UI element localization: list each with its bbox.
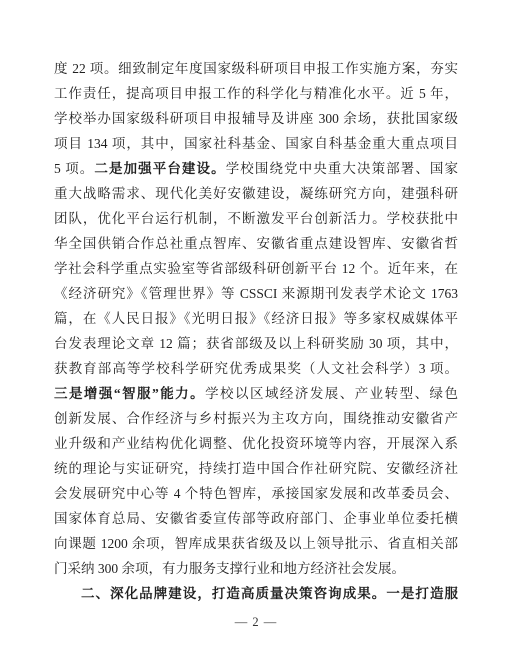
text-segment: 项目 134 项，其中，国家社科基金、国家自科基金重大重点项目	[54, 136, 458, 151]
text-line: 《经济研究》《管理世界》等 CSSCI 来源期刊发表学术论文 1763	[54, 281, 458, 306]
text-segment: 会发展研究中心等 4 个特色智库，承接国家发展和改革委员会、	[54, 486, 458, 501]
page-number-label: — 2 —	[235, 615, 278, 629]
text-segment: 国家体育总局、安徽省委宣传部等政府部门、企事业单位委托横	[54, 511, 458, 526]
text-line: 统的理论与实证研究，持续打造中国合作社研究院、安徽经济社	[54, 456, 458, 481]
text-segment: 学校以区域经济发展、产业转型、绿色	[205, 386, 458, 401]
text-line: 三是增强“智服”能力。学校以区域经济发展、产业转型、绿色	[54, 381, 458, 406]
text-line-section-heading: 二、深化品牌建设，打造高质量决策咨询成果。一是打造服	[54, 581, 458, 606]
text-line: 5 项。二是加强平台建设。学校围绕党中央重大决策部署、国家	[54, 156, 458, 181]
text-segment: 《经济研究》《管理世界》等 CSSCI 来源期刊发表学术论文 1763	[54, 286, 458, 301]
body-text: 度 22 项。细致制定年度国家级科研项目申报工作实施方案，夯实 工作责任，提高项…	[54, 56, 458, 606]
text-line: 会发展研究中心等 4 个特色智库，承接国家发展和改革委员会、	[54, 481, 458, 506]
text-segment: 学社会科学重点实验室等省部级科研创新平台 12 个。近年来，在	[54, 261, 458, 276]
text-line: 学社会科学重点实验室等省部级科研创新平台 12 个。近年来，在	[54, 256, 458, 281]
text-segment: 业升级和产业结构优化调整、优化投资环境等内容，开展深入系	[54, 436, 458, 451]
text-segment: 重大战略需求、现代化美好安徽建设，凝练研究方向，建强科研	[54, 186, 458, 201]
text-line: 重大战略需求、现代化美好安徽建设，凝练研究方向，建强科研	[54, 181, 458, 206]
text-segment: 获教育部高等学校科学研究优秀成果奖（人文社会科学）3 项。	[54, 361, 458, 376]
text-line: 团队，优化平台运行机制，不断激发平台创新活力。学校获批中	[54, 206, 458, 231]
text-line: 门采纳 300 余项，有力服务支撑行业和地方经济社会发展。	[54, 556, 458, 581]
text-line: 国家体育总局、安徽省委宣传部等政府部门、企事业单位委托横	[54, 506, 458, 531]
document-page: 度 22 项。细致制定年度国家级科研项目申报工作实施方案，夯实 工作责任，提高项…	[0, 0, 512, 670]
text-line: 学校举办国家级科研项目申报辅导及讲座 300 余场，获批国家级	[54, 106, 458, 131]
text-line: 向课题 1200 余项，智库成果获省级及以上领导批示、省直相关部	[54, 531, 458, 556]
text-segment: 团队，优化平台运行机制，不断激发平台创新活力。学校获批中	[54, 211, 458, 226]
text-segment: 门采纳 300 余项，有力服务支撑行业和地方经济社会发展。	[54, 561, 405, 576]
text-segment: 工作责任，提高项目申报工作的科学化与精准化水平。近 5 年，	[54, 86, 458, 101]
text-segment-bold: 三是增强“智服”能力。	[54, 386, 205, 401]
text-segment: 华全国供销合作总社重点智库、安徽省重点建设智库、安徽省哲	[54, 236, 458, 251]
text-line: 工作责任，提高项目申报工作的科学化与精准化水平。近 5 年，	[54, 81, 458, 106]
text-segment: 创新发展、合作经济与乡村振兴为主攻方向，围绕推动安徽省产	[54, 411, 458, 426]
text-line: 创新发展、合作经济与乡村振兴为主攻方向，围绕推动安徽省产	[54, 406, 458, 431]
text-segment: 学校围绕党中央重大决策部署、国家	[226, 161, 458, 176]
text-segment-bold: 二、深化品牌建设，打造高质量决策咨询成果。一是打造服	[81, 586, 458, 601]
text-segment: 篇，在《人民日报》《光明日报》《经济日报》等多家权威媒体平	[54, 311, 458, 326]
text-segment: 统的理论与实证研究，持续打造中国合作社研究院、安徽经济社	[54, 461, 458, 476]
text-line: 篇，在《人民日报》《光明日报》《经济日报》等多家权威媒体平	[54, 306, 458, 331]
text-segment: 5 项。	[54, 161, 94, 176]
text-line: 度 22 项。细致制定年度国家级科研项目申报工作实施方案，夯实	[54, 56, 458, 81]
text-segment: 学校举办国家级科研项目申报辅导及讲座 300 余场，获批国家级	[54, 111, 458, 126]
text-segment: 台发表理论文章 12 篇；获省部级及以上科研奖励 30 项，其中，	[54, 336, 458, 351]
text-line: 台发表理论文章 12 篇；获省部级及以上科研奖励 30 项，其中，	[54, 331, 458, 356]
text-segment: 向课题 1200 余项，智库成果获省级及以上领导批示、省直相关部	[54, 536, 458, 551]
text-line: 项目 134 项，其中，国家社科基金、国家自科基金重大重点项目	[54, 131, 458, 156]
page-number: — 2 —	[0, 612, 512, 632]
text-line: 业升级和产业结构优化调整、优化投资环境等内容，开展深入系	[54, 431, 458, 456]
text-segment: 度 22 项。细致制定年度国家级科研项目申报工作实施方案，夯实	[54, 61, 458, 76]
text-line: 华全国供销合作总社重点智库、安徽省重点建设智库、安徽省哲	[54, 231, 458, 256]
text-segment-bold: 二是加强平台建设。	[94, 161, 225, 176]
text-line: 获教育部高等学校科学研究优秀成果奖（人文社会科学）3 项。	[54, 356, 458, 381]
